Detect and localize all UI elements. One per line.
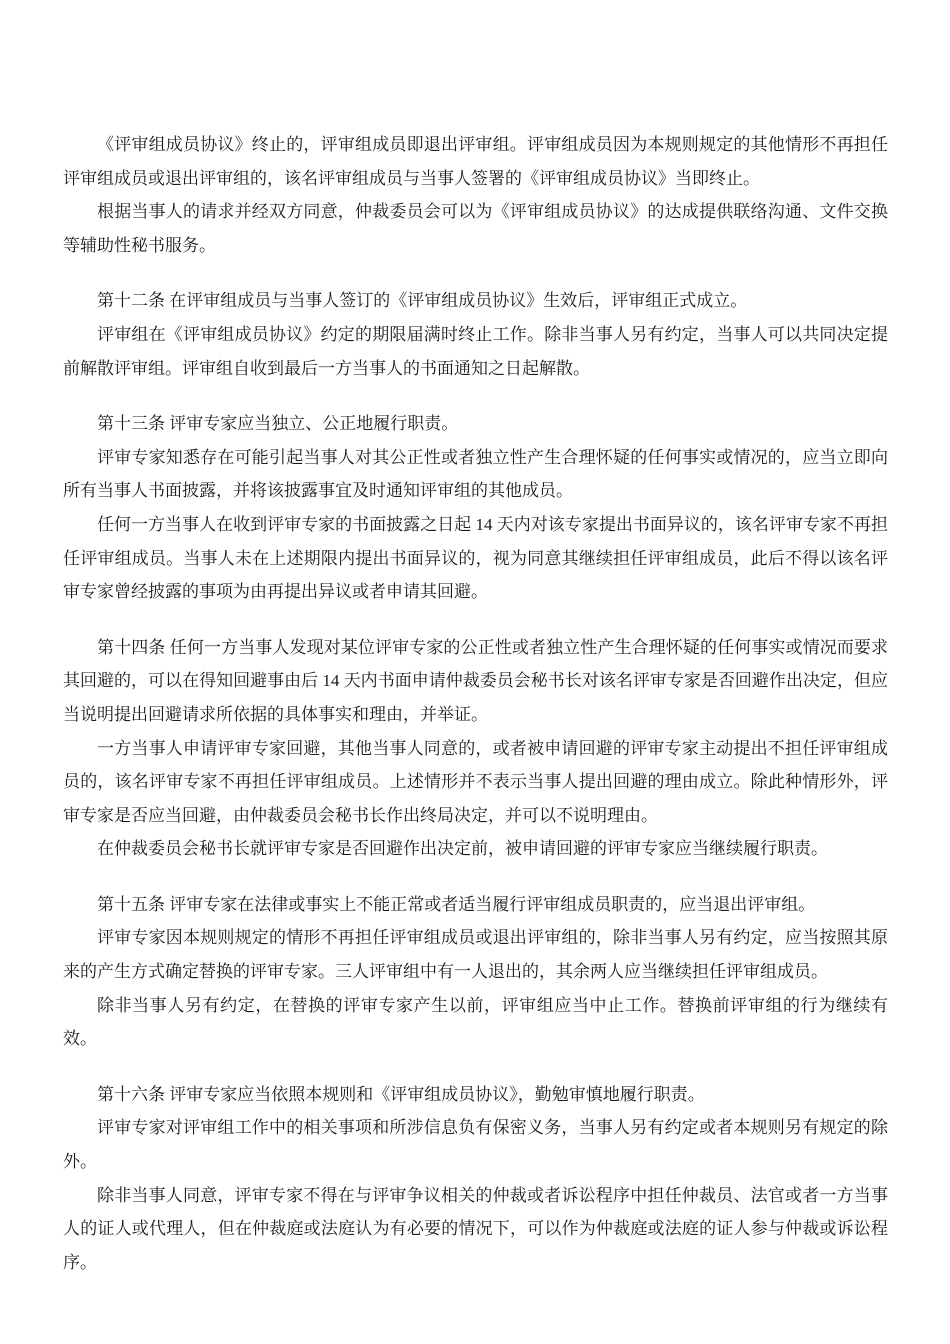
document-page: 《评审组成员协议》终止的，评审组成员即退出评审组。评审组成员因为本规则规定的其他… <box>0 0 950 1344</box>
doc-paragraph: 在仲裁委员会秘书长就评审专家是否回避作出决定前，被申请回避的评审专家应当继续履行… <box>63 832 888 866</box>
doc-paragraph: 《评审组成员协议》终止的，评审组成员即退出评审组。评审组成员因为本规则规定的其他… <box>63 128 888 195</box>
article-16-paragraph: 第十六条 评审专家应当依照本规则和《评审组成员协议》，勤勉审慎地履行职责。 <box>63 1078 888 1112</box>
article-14-paragraph: 第十四条 任何一方当事人发现对某位评审专家的公正性或者独立性产生合理怀疑的任何事… <box>63 631 888 732</box>
doc-paragraph: 除非当事人同意，评审专家不得在与评审争议相关的仲裁或者诉讼程序中担任仲裁员、法官… <box>63 1179 888 1280</box>
article-13-paragraph: 第十三条 评审专家应当独立、公正地履行职责。 <box>63 407 888 441</box>
article-12-paragraph: 第十二条 在评审组成员与当事人签订的《评审组成员协议》生效后，评审组正式成立。 <box>63 284 888 318</box>
doc-paragraph: 根据当事人的请求并经双方同意，仲裁委员会可以为《评审组成员协议》的达成提供联络沟… <box>63 195 888 262</box>
doc-paragraph: 除非当事人另有约定，在替换的评审专家产生以前，评审组应当中止工作。替换前评审组的… <box>63 989 888 1056</box>
doc-paragraph: 评审专家知悉存在可能引起当事人对其公正性或者独立性产生合理怀疑的任何事实或情况的… <box>63 441 888 508</box>
doc-paragraph: 评审组在《评审组成员协议》约定的期限届满时终止工作。除非当事人另有约定，当事人可… <box>63 318 888 385</box>
doc-paragraph: 评审专家对评审组工作中的相关事项和所涉信息负有保密义务，当事人另有约定或者本规则… <box>63 1111 888 1178</box>
doc-paragraph: 评审专家因本规则规定的情形不再担任评审组成员或退出评审组的，除非当事人另有约定，… <box>63 921 888 988</box>
document-body: 《评审组成员协议》终止的，评审组成员即退出评审组。评审组成员因为本规则规定的其他… <box>63 128 888 1279</box>
article-15-paragraph: 第十五条 评审专家在法律或事实上不能正常或者适当履行评审组成员职责的，应当退出评… <box>63 888 888 922</box>
doc-paragraph: 任何一方当事人在收到评审专家的书面披露之日起 14 天内对该专家提出书面异议的，… <box>63 508 888 609</box>
doc-paragraph: 一方当事人申请评审专家回避，其他当事人同意的，或者被申请回避的评审专家主动提出不… <box>63 732 888 833</box>
